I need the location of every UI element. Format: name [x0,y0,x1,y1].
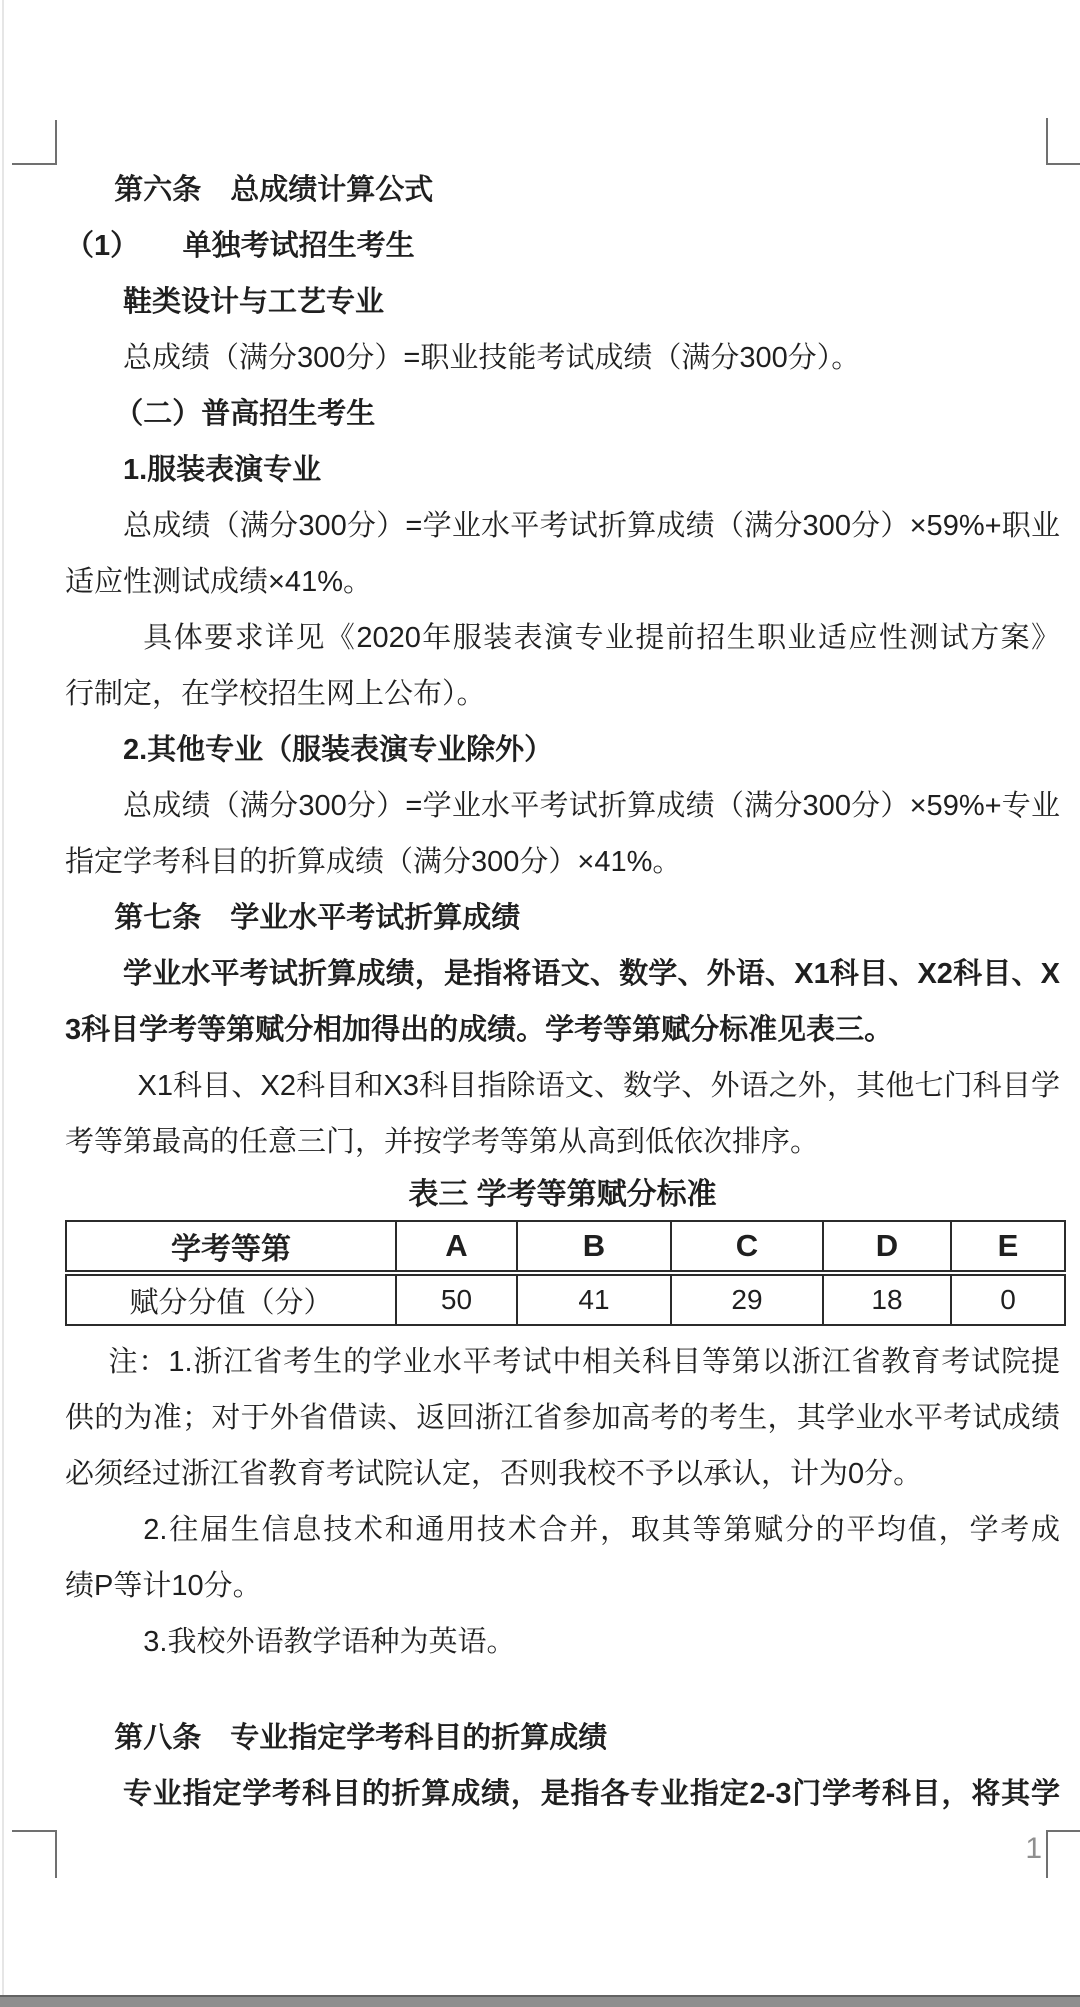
score-e: 0 [951,1273,1065,1325]
score-c: 29 [671,1273,823,1325]
table-note-1-line-3: 必须经过浙江省教育考试院认定，否则我校不予以承认，计为0分。 [65,1446,1060,1502]
article-7-body-line-1: 学业水平考试折算成绩，是指将语文、数学、外语、X1科目、X2科目、X [65,946,1060,1002]
table-note-2-line-1: 2.往届生信息技术和通用技术合并，取其等第赋分的平均值，学考成 [65,1502,1060,1558]
subheading-other-majors: 2.其他专业（服装表演专业除外） [65,722,1060,778]
table-header-grade: 学考等第 [66,1221,396,1273]
table-header-d: D [823,1221,951,1273]
table-header-a: A [396,1221,517,1273]
article-7-para-2-line-1: X1科目、X2科目和X3科目指除语文、数学、外语之外，其他七门科目学 [65,1058,1060,1114]
formula-other-line-2: 指定学考科目的折算成绩（满分300分）×41%。 [65,834,1060,890]
margin-mark-top-left [12,120,57,165]
heading-article-6: 第六条 总成绩计算公式 [65,162,1060,218]
table-note-3: 3.我校外语教学语种为英语。 [65,1614,1060,1670]
margin-mark-bottom-right [1046,1830,1080,1878]
note-fashion-plan-line-2: 行制定，在学校招生网上公布）。 [65,666,1060,722]
page-number: 1 [1018,1832,1042,1866]
article-8-section: 第八条 专业指定学考科目的折算成绩 专业指定学考科目的折算成绩，是指各专业指定2… [65,1710,1060,1822]
document-page: 第六条 总成绩计算公式 （1） 单独考试招生考生 鞋类设计与工艺专业 总成绩（满… [0,0,1080,2007]
table-note-1-line-1: 注：1.浙江省考生的学业水平考试中相关科目等第以浙江省教育考试院提 [65,1334,1060,1390]
article-7-para-2-line-2: 考等第最高的任意三门，并按学考等第从高到低依次排序。 [65,1114,1060,1170]
note-fashion-plan-line-1: 具体要求详见《2020年服装表演专业提前招生职业适应性测试方案》（另 [65,610,1060,666]
document-body: 第六条 总成绩计算公式 （1） 单独考试招生考生 鞋类设计与工艺专业 总成绩（满… [65,162,1060,1822]
table-note-1-line-2: 供的为准；对于外省借读、返回浙江省参加高考的考生，其学业水平考试成绩 [65,1390,1060,1446]
subheading-fashion-performance: 1.服装表演专业 [65,442,1060,498]
table-header-b: B [517,1221,671,1273]
heading-article-7: 第七条 学业水平考试折算成绩 [65,890,1060,946]
page-left-edge [2,0,4,1995]
score-a: 50 [396,1273,517,1325]
formula-fashion-line-2: 适应性测试成绩×41%。 [65,554,1060,610]
item-1-separate-exam: （1） 单独考试招生考生 [65,218,1060,274]
table-notes: 注：1.浙江省考生的学业水平考试中相关科目等第以浙江省教育考试院提 供的为准；对… [65,1334,1060,1670]
formula-footwear: 总成绩（满分300分）=职业技能考试成绩（满分300分）。 [65,330,1060,386]
formula-other-line-1: 总成绩（满分300分）=学业水平考试折算成绩（满分300分）×59%+专业 [65,778,1060,834]
margin-mark-top-right [1046,118,1080,165]
viewer-bottom-bar [0,1995,1080,2007]
heading-section-2-general: （二）普高招生考生 [65,386,1060,442]
table-header-row: 学考等第 A B C D E [66,1221,1065,1273]
table-3-caption: 表三 学考等第赋分标准 [65,1170,1060,1220]
article-8-body-line-1: 专业指定学考科目的折算成绩，是指各专业指定2-3门学考科目，将其学 [65,1766,1060,1822]
table-header-e: E [951,1221,1065,1273]
score-d: 18 [823,1273,951,1325]
formula-fashion-line-1: 总成绩（满分300分）=学业水平考试折算成绩（满分300分）×59%+职业 [65,498,1060,554]
article-7-body-line-2: 3科目学考等第赋分相加得出的成绩。学考等第赋分标准见表三。 [65,1002,1060,1058]
table-header-c: C [671,1221,823,1273]
table-row-label: 赋分分值（分） [66,1273,396,1325]
margin-mark-bottom-left [12,1830,57,1878]
subheading-footwear-major: 鞋类设计与工艺专业 [65,274,1060,330]
table-value-row: 赋分分值（分） 50 41 29 18 0 [66,1273,1065,1325]
score-b: 41 [517,1273,671,1325]
grade-score-table: 学考等第 A B C D E 赋分分值（分） 50 41 29 18 0 [65,1220,1066,1326]
table-note-2-line-2: 绩P等计10分。 [65,1558,1060,1614]
heading-article-8: 第八条 专业指定学考科目的折算成绩 [65,1710,1060,1766]
